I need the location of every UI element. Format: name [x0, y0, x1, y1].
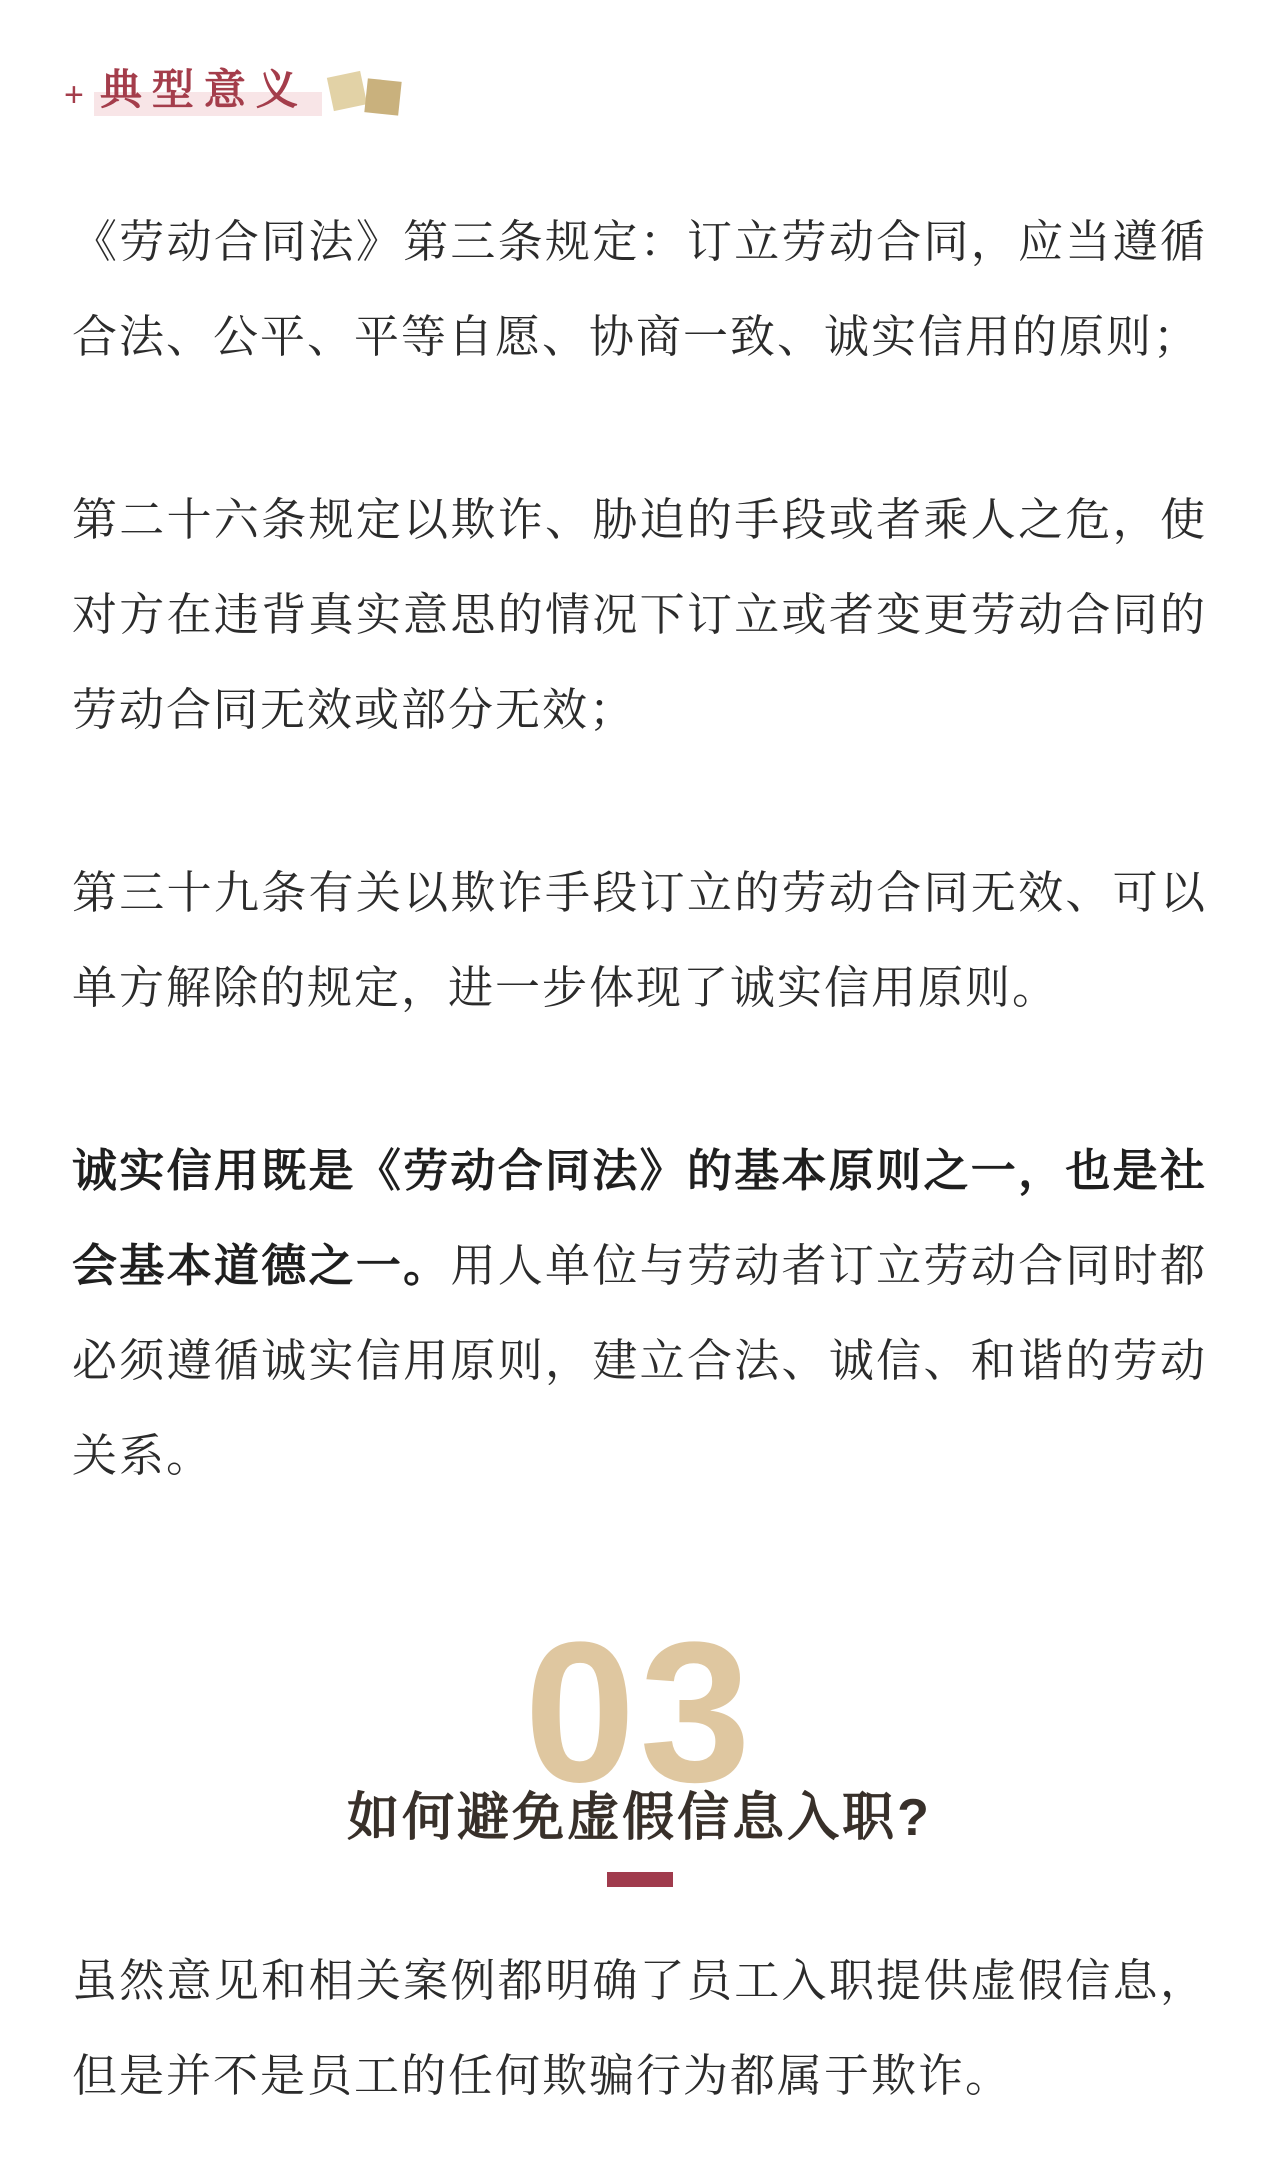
paragraph-good-faith: 诚实信用既是《劳动合同法》的基本原则之一，也是社会基本道德之一。用人单位与劳动者… [72, 1123, 1207, 1503]
section-header-title: 典型意义 [94, 66, 322, 116]
plus-icon: + [64, 78, 84, 116]
article-body: 《劳动合同法》第三条规定：订立劳动合同，应当遵循合法、公平、平等自愿、协商一致、… [72, 194, 1207, 1503]
paragraph-intro-fraud: 虽然意见和相关案例都明确了员工入职提供虚假信息，但是并不是员工的任何欺骗行为都属… [72, 1933, 1207, 2123]
paragraph-law-article-26: 第二十六条规定以欺诈、胁迫的手段或者乘人之危，使对方在违背真实意思的情况下订立或… [72, 472, 1207, 757]
article-page: + 典型意义 《劳动合同法》第三条规定：订立劳动合同，应当遵循合法、公平、平等自… [0, 0, 1279, 2184]
tan-square-dark-icon [364, 78, 401, 115]
section-header: + 典型意义 [64, 58, 1207, 116]
decor-squares [328, 66, 408, 116]
tan-square-light-icon [327, 71, 367, 111]
paragraph-law-article-3: 《劳动合同法》第三条规定：订立劳动合同，应当遵循合法、公平、平等自愿、协商一致、… [72, 194, 1207, 384]
section-03-heading: 03 如何避免虚假信息入职? [72, 1623, 1207, 1887]
paragraph-law-article-39: 第三十九条有关以欺诈手段订立的劳动合同无效、可以单方解除的规定，进一步体现了诚实… [72, 845, 1207, 1035]
section-title: 如何避免虚假信息入职? [72, 1775, 1207, 1850]
section-underline [607, 1872, 673, 1887]
